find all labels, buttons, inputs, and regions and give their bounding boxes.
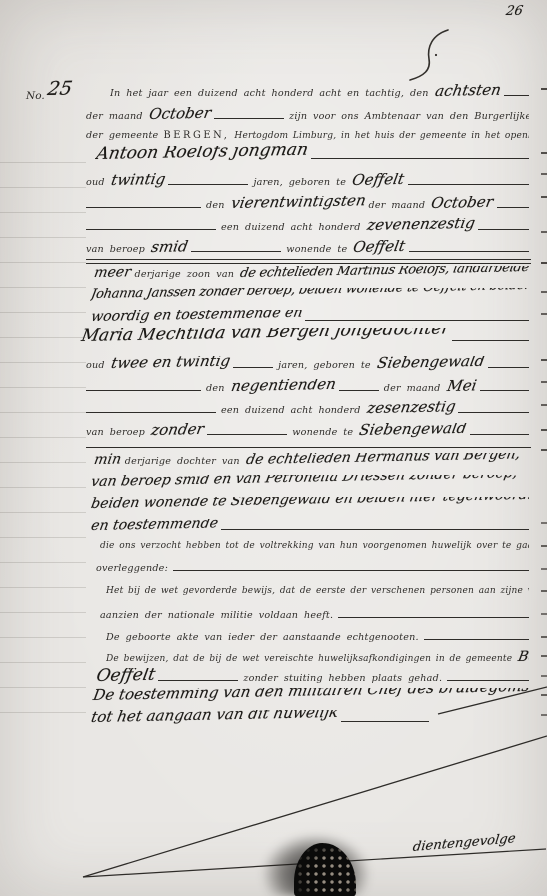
blank-line xyxy=(424,639,529,640)
act-number: 25 xyxy=(46,79,74,99)
bride-parents-line-4: en toestemmende xyxy=(90,519,529,533)
margin-ruled-lines xyxy=(0,138,86,722)
printed-text: wonende te xyxy=(292,427,353,438)
blank-line xyxy=(338,617,529,618)
military-consent-line-1: De toestemming van den militairen Chef d… xyxy=(92,688,529,703)
bride-parents: de echtelieden Hermanus van Bergen, xyxy=(245,453,521,467)
bride-birth-year: zesenzestig xyxy=(366,401,457,416)
bride-age-line: oud twee en twintig jaren, geboren te Si… xyxy=(86,356,529,371)
section-rule xyxy=(86,259,531,264)
blank-line xyxy=(339,390,379,391)
consent-text: De toestemming van den militairen Chef d… xyxy=(92,688,529,703)
groom-parents-line-3: woordig en toestemmende en xyxy=(90,310,529,324)
banns-line-2: Oeffelt zonder stuiting hebben plaats ge… xyxy=(95,668,529,685)
majority-word: meer xyxy=(93,266,132,280)
blank-line xyxy=(311,158,529,159)
printed-text: der maand xyxy=(384,383,441,394)
bride-parents: en toestemmende xyxy=(90,519,219,533)
blank-line xyxy=(480,390,529,391)
printed-text: Het bij de wet gevorderde bewijs, dat de… xyxy=(106,586,529,596)
printed-text: der gemeente xyxy=(86,130,158,141)
groom-parents: de echtelieden Martinus Roelofs, landarb… xyxy=(239,266,529,280)
majority-word: min xyxy=(93,453,122,467)
marriage-certificate-sheet: 26 No. 25 In het jaar een duizend acht h… xyxy=(0,0,547,896)
printed-text: een duizend acht honderd xyxy=(221,405,361,416)
blank-line xyxy=(341,721,429,722)
printed-text: jaren, geboren te xyxy=(253,177,346,188)
bride-parents-line-2: van beroep smid en van Petronella Driess… xyxy=(90,475,529,489)
groom-age-line: oud twintig jaren, geboren te Oeffelt xyxy=(86,173,529,188)
groom-occupation-line: van beroep smid wonende te Oeffelt xyxy=(86,240,529,255)
opening-line-2: der maand October zijn voor ons Ambtenaa… xyxy=(86,107,529,122)
printed-text: In het jaar een duizend acht honderd ach… xyxy=(110,88,429,99)
act-number-label: No. xyxy=(26,90,45,102)
groom-birthplace: Oeffelt xyxy=(351,173,405,188)
blank-line xyxy=(488,367,529,368)
blank-line xyxy=(305,320,529,321)
blank-line xyxy=(452,340,529,341)
blank-line xyxy=(504,95,529,96)
blank-line xyxy=(173,570,529,571)
groom-birth-year: zevenenzestig xyxy=(366,218,476,233)
wax-seal-stamp-icon xyxy=(294,843,356,896)
page-number: 26 xyxy=(505,5,524,18)
banns-municipality-2: Oeffelt xyxy=(95,668,157,685)
bride-age: twee en twintig xyxy=(110,356,232,371)
opening-line-1: In het jaar een duizend acht honderd ach… xyxy=(110,84,529,99)
bride-birth-day: negentienden xyxy=(230,379,337,394)
groom-age: twintig xyxy=(110,173,167,188)
opening-line-3: der gemeente BERGEN, Hertogdom Limburg, … xyxy=(86,130,529,141)
printed-text: der maand xyxy=(86,111,143,122)
groom-birth-day: vierentwintigsten xyxy=(230,196,367,211)
blank-line xyxy=(233,367,273,368)
blank-line xyxy=(447,680,529,681)
handwritten-day: achtsten xyxy=(434,84,502,99)
printed-text: wonende te xyxy=(286,244,347,255)
bride-parents-line-3: beiden wonende te Siebengewald en beiden… xyxy=(90,497,529,511)
bride-parents: beiden wonende te Siebengewald en beiden… xyxy=(90,497,529,511)
bride-occupation: zonder xyxy=(150,423,205,438)
seal-emboss-pattern xyxy=(294,843,356,896)
blank-line xyxy=(409,251,529,252)
printed-text: derjarige dochter van xyxy=(125,456,240,467)
blank-line xyxy=(478,229,529,230)
printed-text: der maand xyxy=(368,200,425,211)
printed-text: van beroep xyxy=(86,244,145,255)
blank-line xyxy=(86,229,216,230)
militia-line-2: aanzien der nationale militie voldaan he… xyxy=(100,610,529,621)
blank-line xyxy=(497,207,529,208)
page-edge-ticks xyxy=(541,0,547,2)
groom-birth-month: October xyxy=(430,196,494,211)
groom-occupation: smid xyxy=(150,240,189,255)
bride-parents: van beroep smid en van Petronella Driess… xyxy=(90,475,519,489)
blank-line xyxy=(458,412,529,413)
printed-text: zijn voor ons Ambtenaar van den Burgerli… xyxy=(289,111,529,122)
printed-text: De geboorte akte van ieder der aanstaand… xyxy=(106,632,419,643)
printed-text: overleggende: xyxy=(96,563,168,574)
municipality-name: BERGEN, xyxy=(163,130,229,141)
printed-text: derjarige zoon van xyxy=(135,269,235,280)
groom-name: Antoon Roelofs jongman xyxy=(95,146,309,163)
bride-birthyear-line: een duizend acht honderd zesenzestig xyxy=(86,401,529,416)
printed-text: van beroep xyxy=(86,427,145,438)
blank-line xyxy=(207,434,287,435)
groom-parents: Johanna Janssen zonder beroep, beiden wo… xyxy=(90,288,529,301)
bride-birthplace: Siebengewald xyxy=(376,356,486,371)
blank-line xyxy=(168,184,248,185)
printed-text: jaren, geboren te xyxy=(278,360,371,371)
banns-municipality-1: Bergen en xyxy=(517,650,529,664)
section-rule xyxy=(86,447,531,448)
bride-name-line: Maria Mechtilda van Bergen jongedochter xyxy=(80,328,529,345)
groom-parents: woordig en toestemmende en xyxy=(90,310,304,324)
request-line-2: overleggende: xyxy=(96,563,529,574)
handwritten-month: October xyxy=(148,107,212,122)
printed-text: die ons verzocht hebben tot de voltrekki… xyxy=(100,541,529,551)
bride-occupation-line: van beroep zonder wonende te Siebengewal… xyxy=(86,423,529,438)
printed-text: oud xyxy=(86,360,105,371)
groom-parents-line-2: Johanna Janssen zonder beroep, beiden wo… xyxy=(90,288,529,301)
bride-birthday-line: den negentienden der maand Mei xyxy=(86,379,529,394)
printed-text: aanzien der nationale militie voldaan he… xyxy=(100,610,333,621)
groom-name-line: Antoon Roelofs jongman xyxy=(95,146,529,163)
printed-text: De bewijzen, dat de bij de wet vereischt… xyxy=(106,654,512,664)
groom-birthday-line: den vierentwintigsten der maand October xyxy=(86,196,529,211)
groom-birthyear-line: een duizend acht honderd zevenenzestig xyxy=(86,218,529,233)
blank-line xyxy=(86,207,201,208)
printed-text: den xyxy=(206,200,225,211)
militia-line-1: Het bij de wet gevorderde bewijs, dat de… xyxy=(106,586,529,596)
groom-parents-line-1: meer derjarige zoon van de echtelieden M… xyxy=(93,266,529,280)
bride-parents-line-1: min derjarige dochter van de echtelieden… xyxy=(93,453,529,467)
banns-line-1: De bewijzen, dat de bij de wet vereischt… xyxy=(106,650,529,664)
bride-residence: Siebengewald xyxy=(358,423,468,438)
marginal-note: dientengevolge xyxy=(412,832,516,854)
blank-line xyxy=(86,390,201,391)
bride-name: Maria Mechtilda van Bergen jongedochter xyxy=(80,328,451,345)
consent-text: tot het aangaan van dit huwelijk xyxy=(90,710,340,725)
request-line-1: die ons verzocht hebben tot de voltrekki… xyxy=(100,541,529,551)
blank-line xyxy=(221,529,529,530)
blank-line xyxy=(470,434,529,435)
printed-text: oud xyxy=(86,177,105,188)
printed-text: zonder stuiting hebben plaats gehad. xyxy=(243,673,442,684)
groom-residence: Oeffelt xyxy=(352,240,406,255)
printed-text: een duizend acht honderd xyxy=(221,222,361,233)
blank-line xyxy=(158,680,238,681)
paraph-flourish-icon xyxy=(402,26,454,82)
birth-certificates-line: De geboorte akte van ieder der aanstaand… xyxy=(106,632,529,643)
blank-line xyxy=(214,118,284,119)
blank-line xyxy=(408,184,529,185)
bride-birth-month: Mei xyxy=(446,379,478,394)
printed-text: den xyxy=(206,383,225,394)
blank-line xyxy=(191,251,281,252)
blank-line xyxy=(86,412,216,413)
military-consent-line-2: tot het aangaan van dit huwelijk xyxy=(90,710,429,725)
printed-text: Hertogdom Limburg, in het huis der gemee… xyxy=(234,131,529,141)
